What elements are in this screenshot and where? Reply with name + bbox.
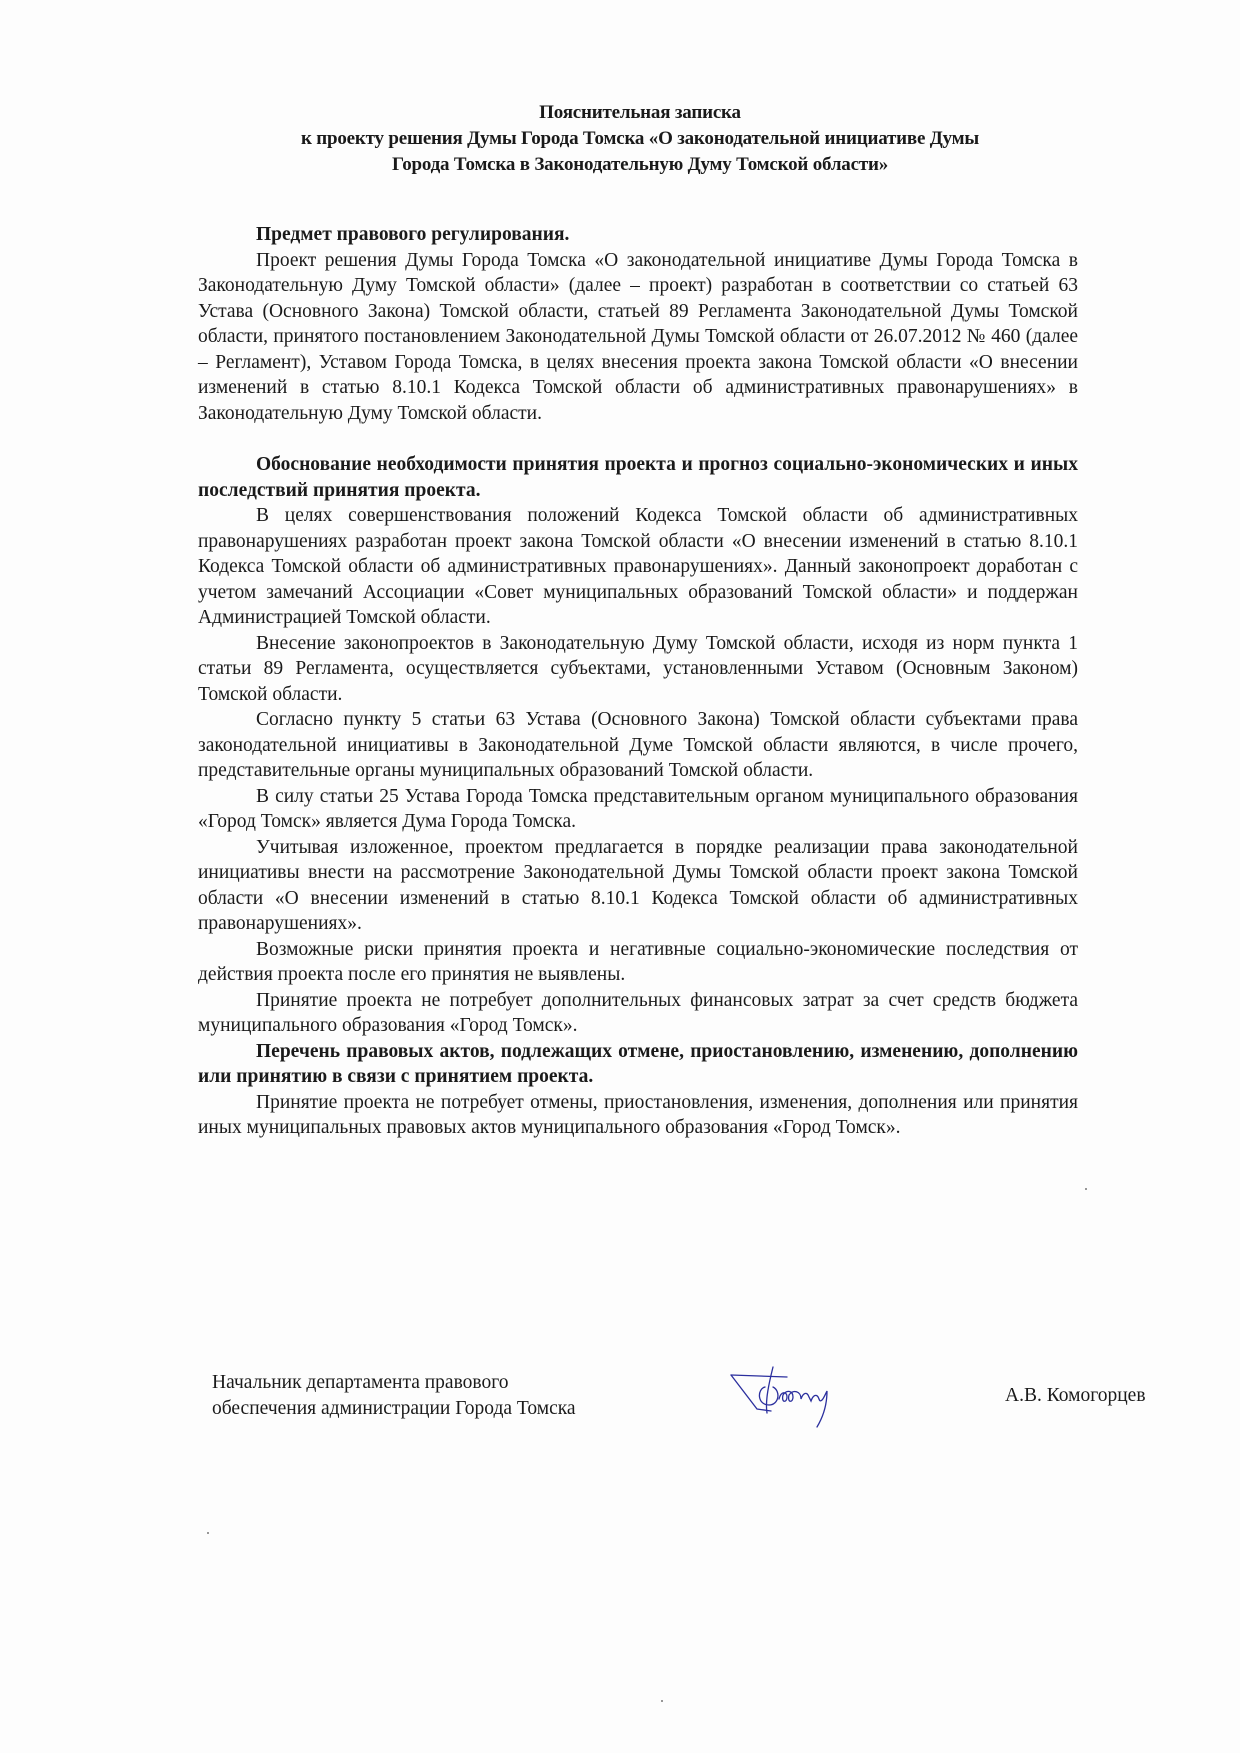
signatory-role: Начальник департамента правового обеспеч…	[212, 1370, 692, 1422]
section-subject-of-regulation: Предмет правового регулирования. Проект …	[198, 222, 1078, 426]
paragraph: В силу статьи 25 Устава Города Томска пр…	[198, 784, 1078, 835]
paragraph: Возможные риски принятия проекта и негат…	[198, 937, 1078, 988]
title-line-1: Пояснительная записка	[180, 100, 1100, 126]
paragraph: Внесение законопроектов в Законодательну…	[198, 631, 1078, 708]
document-title: Пояснительная записка к проекту решения …	[180, 100, 1100, 178]
scan-speck	[207, 1532, 209, 1534]
scan-speck	[1085, 1188, 1087, 1190]
document-body: Предмет правового регулирования. Проект …	[198, 222, 1078, 1141]
paragraph: Проект решения Думы Города Томска «О зак…	[198, 248, 1078, 427]
paragraph: Принятие проекта не потребует отмены, пр…	[198, 1090, 1078, 1141]
signature-block: Начальник департамента правового обеспеч…	[212, 1370, 1112, 1450]
paragraph: Учитывая изложенное, проектом предлагает…	[198, 835, 1078, 937]
section-justification: Обоснование необходимости принятия проек…	[198, 452, 1078, 1039]
title-line-2: к проекту решения Думы Города Томска «О …	[180, 126, 1100, 152]
section-heading: Обоснование необходимости принятия проек…	[198, 452, 1078, 503]
section-heading: Предмет правового регулирования.	[198, 222, 1078, 248]
section-legal-acts-list: Перечень правовых актов, подлежащих отме…	[198, 1039, 1078, 1141]
paragraph: Согласно пункту 5 статьи 63 Устава (Осно…	[198, 707, 1078, 784]
signatory-role-line-1: Начальник департамента правового	[212, 1370, 692, 1396]
handwritten-signature-icon	[727, 1365, 847, 1435]
signatory-role-line-2: обеспечения администрации Города Томска	[212, 1396, 692, 1422]
section-heading: Перечень правовых актов, подлежащих отме…	[198, 1039, 1078, 1090]
paragraph: Принятие проекта не потребует дополнител…	[198, 988, 1078, 1039]
document-page: Пояснительная записка к проекту решения …	[0, 0, 1240, 1753]
signatory-name: А.В. Комогорцев	[1005, 1383, 1146, 1409]
title-line-3: Города Томска в Законодательную Думу Том…	[180, 152, 1100, 178]
scan-speck	[661, 1700, 663, 1702]
paragraph: В целях совершенствования положений Коде…	[198, 503, 1078, 631]
